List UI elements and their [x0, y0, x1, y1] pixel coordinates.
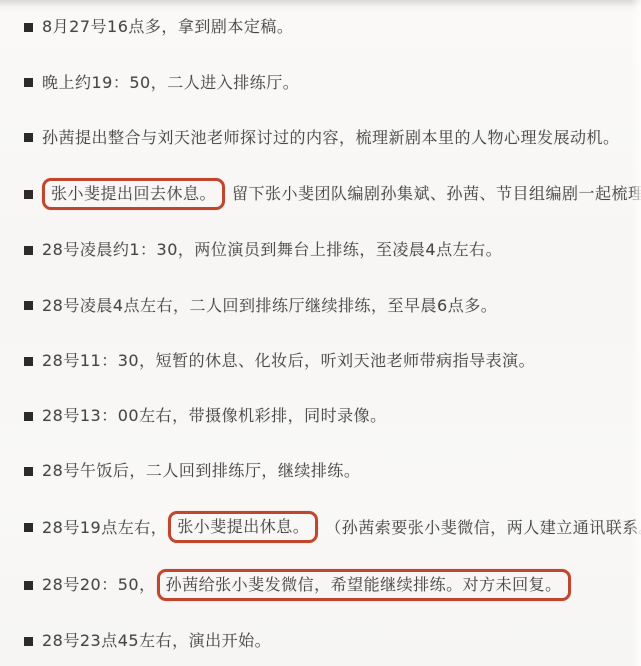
- timeline-item-5: 28号凌晨约1：30，两位演员到舞台上排练，至凌晨4点左右。: [24, 235, 623, 265]
- bullet-square-icon: [24, 301, 33, 310]
- timeline-text: 28号凌晨约1：30，两位演员到舞台上排练，至凌晨4点左右。: [42, 240, 502, 259]
- bullet-square-icon: [24, 23, 33, 32]
- timeline-text: （孙茜索要张小斐微信，两人建立通讯联系。）: [325, 518, 641, 537]
- bullet-square-icon: [24, 133, 33, 142]
- bullet-square-icon: [24, 412, 33, 421]
- timeline-item-9: 28号午饭后，二人回到排练厅，继续排练。: [24, 456, 623, 486]
- timeline-item-3: 孙茜提出整合与刘天池老师探讨过的内容，梳理新剧本里的人物心理发展动机。: [24, 122, 623, 152]
- highlighted-text: 孙茜给张小斐发微信，希望能继续排练。对方未回复。: [157, 569, 571, 601]
- page-right-shade: [631, 0, 641, 666]
- timeline-item-4: 张小斐提出回去休息。 留下张小斐团队编剧孙集斌、孙茜、节目组编剧一起梳理。: [24, 178, 623, 210]
- timeline-text: 28号凌晨4点左右，二人回到排练厅继续排练，至早晨6点多。: [42, 296, 497, 315]
- page-top-shade: [0, 0, 641, 7]
- article-page: 8月27号16点多，拿到剧本定稿。 晚上约19：50，二人进入排练厅。 孙茜提出…: [0, 0, 641, 666]
- timeline-item-7: 28号11：30，短暂的休息、化妆后，听刘天池老师带病指导表演。: [24, 346, 623, 376]
- timeline-item-12: 28号23点45左右，演出开始。: [24, 626, 623, 656]
- highlighted-text: 张小斐提出回去休息。: [42, 178, 225, 210]
- timeline-text: 28号13：00左右，带摄像机彩排，同时录像。: [42, 406, 387, 425]
- timeline-text: 晚上约19：50，二人进入排练厅。: [42, 73, 299, 92]
- timeline-item-10: 28号19点左右， 张小斐提出休息。 （孙茜索要张小斐微信，两人建立通讯联系。）: [24, 511, 623, 543]
- timeline-item-2: 晚上约19：50，二人进入排练厅。: [24, 67, 623, 97]
- highlighted-text: 张小斐提出休息。: [168, 511, 318, 543]
- bullet-square-icon: [24, 467, 33, 476]
- bullet-square-icon: [24, 78, 33, 87]
- bullet-square-icon: [24, 357, 33, 366]
- timeline-item-1: 8月27号16点多，拿到剧本定稿。: [24, 12, 623, 42]
- timeline-text: 28号23点45左右，演出开始。: [42, 631, 271, 650]
- timeline-text: 28号午饭后，二人回到排练厅，继续排练。: [42, 461, 360, 480]
- bullet-square-icon: [24, 637, 33, 646]
- timeline-text: 8月27号16点多，拿到剧本定稿。: [42, 17, 293, 36]
- bullet-square-icon: [24, 523, 33, 532]
- bullet-square-icon: [24, 246, 33, 255]
- timeline-text: 留下张小斐团队编剧孙集斌、孙茜、节目组编剧一起梳理。: [232, 184, 641, 203]
- bullet-square-icon: [24, 581, 33, 590]
- timeline-item-6: 28号凌晨4点左右，二人回到排练厅继续排练，至早晨6点多。: [24, 290, 623, 320]
- timeline-text: 28号20：50，: [42, 575, 156, 594]
- timeline-text: 28号19点左右，: [42, 518, 167, 537]
- timeline-item-11: 28号20：50， 孙茜给张小斐发微信，希望能继续排练。对方未回复。: [24, 569, 623, 601]
- timeline-item-8: 28号13：00左右，带摄像机彩排，同时录像。: [24, 401, 623, 431]
- timeline-text: 孙茜提出整合与刘天池老师探讨过的内容，梳理新剧本里的人物心理发展动机。: [42, 128, 620, 147]
- bullet-square-icon: [24, 190, 33, 199]
- timeline-text: 28号11：30，短暂的休息、化妆后，听刘天池老师带病指导表演。: [42, 351, 535, 370]
